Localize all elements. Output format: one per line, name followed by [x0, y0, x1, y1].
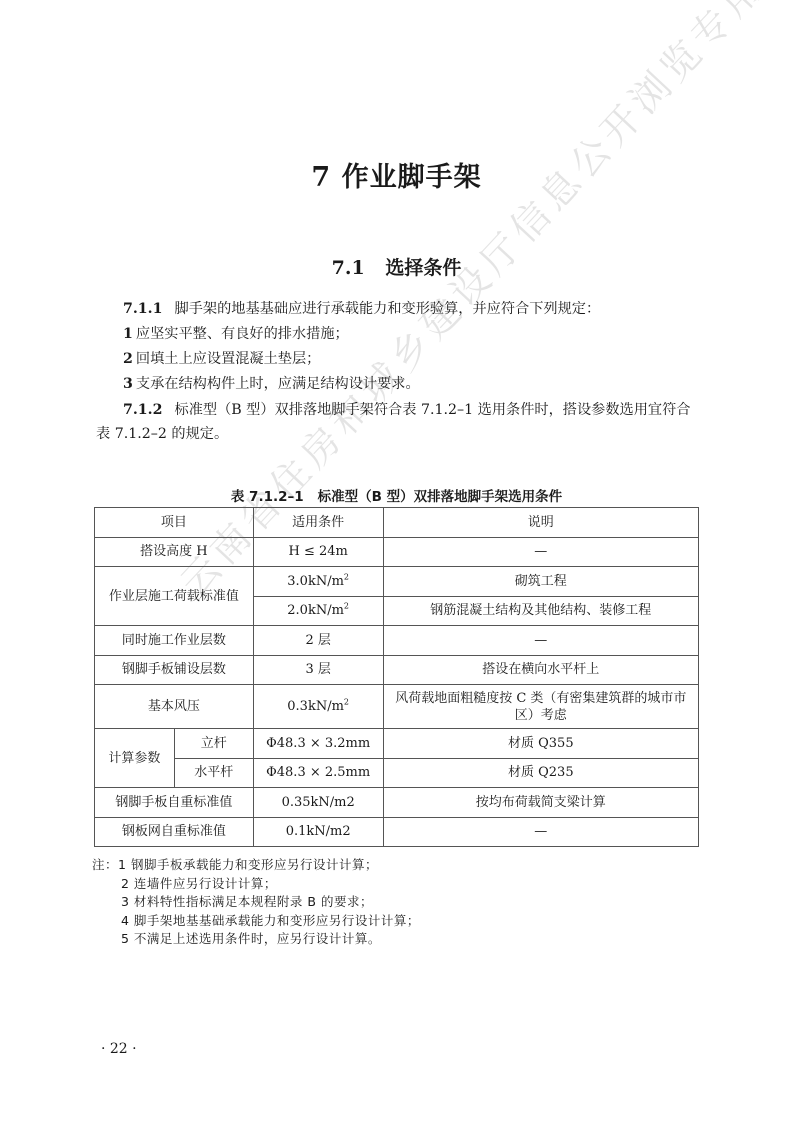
table-number: 表 7.1.2–1 [231, 489, 304, 505]
section-name: 选择条件 [385, 257, 461, 279]
cell-description: 钢筋混凝土结构及其他结构、装修工程 [383, 596, 698, 626]
clause-text: 标准型（B 型）双排落地脚手架符合表 7.1.2–1 选用条件时，搭设参数选用宜… [96, 402, 691, 442]
item-text: 应坚实平整、有良好的排水措施； [136, 326, 349, 342]
clause-7-1-2: 7.1.2标准型（B 型）双排落地脚手架符合表 7.1.2–1 选用条件时，搭设… [96, 398, 702, 446]
clause-item-1: 1应坚实平整、有良好的排水措施； [123, 322, 729, 346]
table-title: 标准型（B 型）双排落地脚手架选用条件 [318, 489, 563, 505]
cell-description: — [383, 817, 698, 847]
clause-number: 7.1.1 [123, 301, 163, 317]
cell-item: 钢脚手板铺设层数 [95, 655, 254, 685]
selection-conditions-table: 项目 适用条件 说明 搭设高度 H H ≤ 24m — 作业层施工荷载标准值 3… [94, 507, 699, 847]
cell-item: 同时施工作业层数 [95, 626, 254, 656]
table-row: 钢板网自重标准值 0.1kN/m2 — [95, 817, 699, 847]
note-line: 2 连墙件应另行设计计算； [92, 875, 420, 894]
cell-item: 钢板网自重标准值 [95, 817, 254, 847]
clause-7-1-1: 7.1.1脚手架的地基基础应进行承载能力和变形验算，并应符合下列规定： [123, 297, 729, 321]
table-caption: 表 7.1.2–1标准型（B 型）双排落地脚手架选用条件 [0, 485, 793, 505]
item-number: 3 [123, 376, 133, 392]
item-number: 1 [123, 326, 133, 342]
header-description: 说明 [383, 508, 698, 538]
cell-subitem: 立杆 [174, 729, 253, 759]
item-text: 支承在结构构件上时，应满足结构设计要求。 [136, 376, 420, 392]
cell-description: 按均布荷载简支梁计算 [383, 788, 698, 818]
item-number: 2 [123, 351, 133, 367]
table-header-row: 项目 适用条件 说明 [95, 508, 699, 538]
cell-condition: 3.0kN/m2 [253, 567, 383, 597]
cell-condition: Φ48.3 × 3.2mm [253, 729, 383, 759]
note-line: 注：1 钢脚手板承载能力和变形应另行设计计算； [92, 856, 420, 875]
cell-condition: 0.3kN/m2 [253, 685, 383, 729]
cell-item: 基本风压 [95, 685, 254, 729]
cell-description: 搭设在横向水平杆上 [383, 655, 698, 685]
cell-item: 计算参数 [95, 729, 175, 788]
note-line: 5 不满足上述选用条件时，应另行设计计算。 [92, 930, 420, 949]
cell-description: 材质 Q235 [383, 758, 698, 788]
cell-item: 作业层施工荷载标准值 [95, 567, 254, 626]
cell-description: — [383, 537, 698, 567]
table-row: 钢脚手板铺设层数 3 层 搭设在横向水平杆上 [95, 655, 699, 685]
notes-prefix: 注： [92, 857, 118, 872]
clause-item-2: 2回填土上应设置混凝土垫层； [123, 347, 729, 371]
cell-condition: 0.35kN/m2 [253, 788, 383, 818]
note-line: 4 脚手架地基基础承载能力和变形应另行设计计算； [92, 912, 420, 931]
cell-condition: 2.0kN/m2 [253, 596, 383, 626]
clause-number: 7.1.2 [123, 402, 163, 418]
header-item: 项目 [95, 508, 254, 538]
section-number: 7.1 [332, 257, 365, 279]
table-row: 计算参数 立杆 Φ48.3 × 3.2mm 材质 Q355 [95, 729, 699, 759]
table-row: 同时施工作业层数 2 层 — [95, 626, 699, 656]
cell-description: 砌筑工程 [383, 567, 698, 597]
cell-description: 材质 Q355 [383, 729, 698, 759]
cell-description: — [383, 626, 698, 656]
cell-item: 搭设高度 H [95, 537, 254, 567]
cell-condition: 2 层 [253, 626, 383, 656]
chapter-title: 7 作业脚手架 [0, 155, 793, 194]
cell-condition: 3 层 [253, 655, 383, 685]
table-row: 钢脚手板自重标准值 0.35kN/m2 按均布荷载简支梁计算 [95, 788, 699, 818]
cell-condition: Φ48.3 × 2.5mm [253, 758, 383, 788]
table-row: 基本风压 0.3kN/m2 风荷载地面粗糙度按 C 类（有密集建筑群的城市市区）… [95, 685, 699, 729]
document-page: 云南省住房和城乡建设厅信息公开浏览专用 7 作业脚手架 7.1 选择条件 7.1… [0, 0, 793, 1122]
cell-item: 钢脚手板自重标准值 [95, 788, 254, 818]
cell-subitem: 水平杆 [174, 758, 253, 788]
page-number: · 22 · [101, 1041, 137, 1057]
item-text: 回填土上应设置混凝土垫层； [136, 351, 320, 367]
cell-condition: 0.1kN/m2 [253, 817, 383, 847]
cell-description: 风荷载地面粗糙度按 C 类（有密集建筑群的城市市区）考虑 [383, 685, 698, 729]
table-notes: 注：1 钢脚手板承载能力和变形应另行设计计算； 2 连墙件应另行设计计算； 3 … [92, 856, 420, 949]
table-row: 搭设高度 H H ≤ 24m — [95, 537, 699, 567]
clause-item-3: 3支承在结构构件上时，应满足结构设计要求。 [123, 372, 729, 396]
section-title: 7.1 选择条件 [0, 253, 793, 280]
clause-text: 脚手架的地基基础应进行承载能力和变形验算，并应符合下列规定： [175, 301, 601, 317]
note-line: 3 材料特性指标满足本规程附录 B 的要求； [92, 893, 420, 912]
header-condition: 适用条件 [253, 508, 383, 538]
cell-condition: H ≤ 24m [253, 537, 383, 567]
table-row: 作业层施工荷载标准值 3.0kN/m2 砌筑工程 [95, 567, 699, 597]
table-row: 水平杆 Φ48.3 × 2.5mm 材质 Q235 [95, 758, 699, 788]
